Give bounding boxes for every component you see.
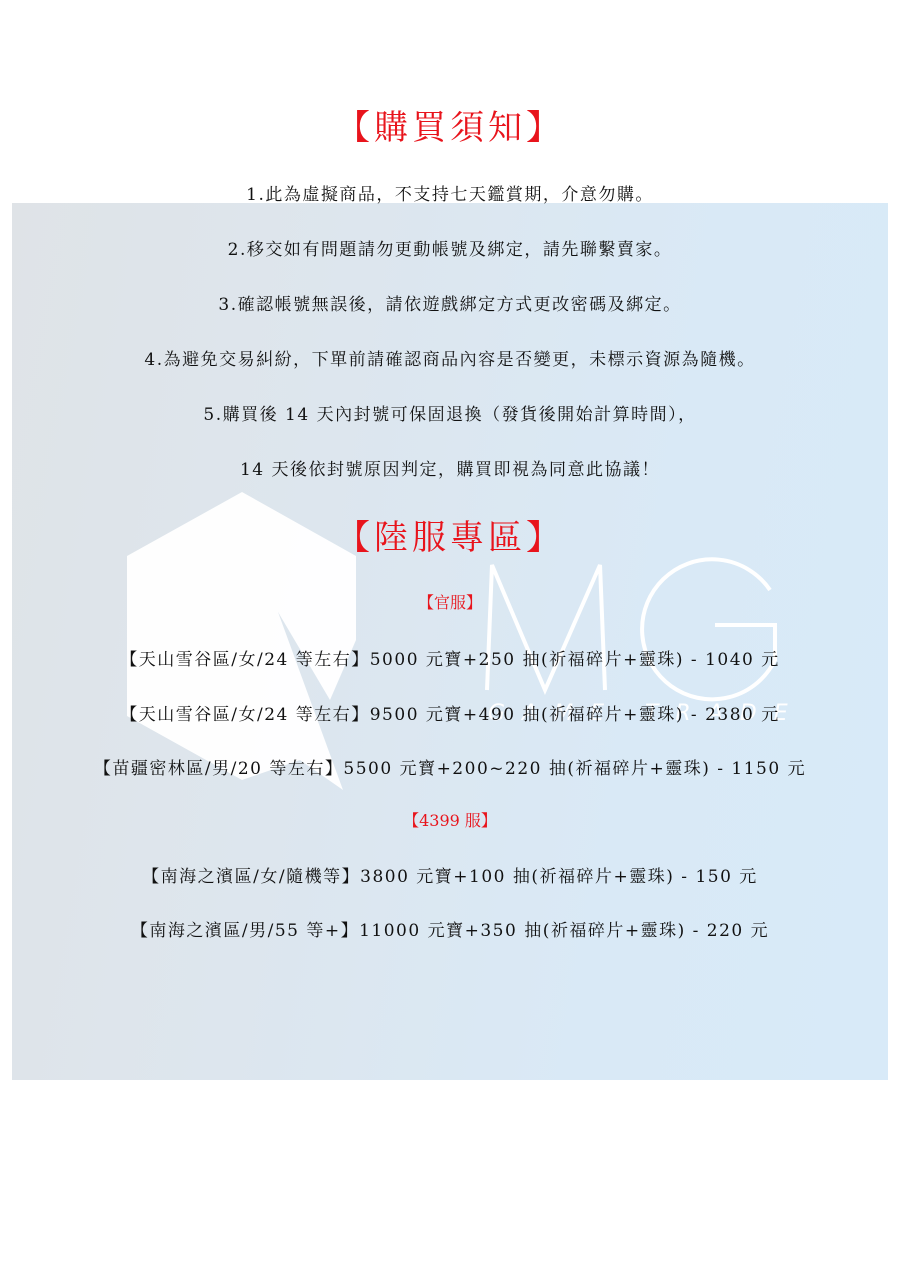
section-title: 【陸服專區】 <box>0 510 900 559</box>
rule-1: 1.此為虛擬商品，不支持七天鑑賞期，介意勿購。 <box>0 180 900 205</box>
rule-5: 5.購買後 14 天內封號可保固退換（發貨後開始計算時間）， <box>0 400 900 425</box>
notice-title: 【購買須知】 <box>0 100 900 149</box>
listing-item: 【南海之濱區/女/隨機等】3800 元寶+100 抽(祈福碎片+靈珠) - 15… <box>0 862 900 887</box>
background-panel <box>12 203 888 1080</box>
rule-3: 3.確認帳號無誤後，請依遊戲綁定方式更改密碼及綁定。 <box>0 290 900 315</box>
rule-2: 2.移交如有問題請勿更動帳號及綁定，請先聯繫賣家。 <box>0 235 900 260</box>
listing-item: 【苗疆密林區/男/20 等左右】5500 元寶+200~220 抽(祈福碎片+靈… <box>0 754 900 779</box>
group-label-4399: 【4399 服】 <box>0 808 900 831</box>
group-label-official: 【官服】 <box>0 590 900 613</box>
listing-item: 【天山雪谷區/女/24 等左右】5000 元寶+250 抽(祈福碎片+靈珠) -… <box>0 645 900 670</box>
rule-5-continued: 14 天後依封號原因判定，購買即視為同意此協議！ <box>0 455 900 480</box>
listing-item: 【南海之濱區/男/55 等+】11000 元寶+350 抽(祈福碎片+靈珠) -… <box>0 916 900 941</box>
rule-4: 4.為避免交易糾紛，下單前請確認商品內容是否變更，未標示資源為隨機。 <box>0 345 900 370</box>
listing-item: 【天山雪谷區/女/24 等左右】9500 元寶+490 抽(祈福碎片+靈珠) -… <box>0 700 900 725</box>
